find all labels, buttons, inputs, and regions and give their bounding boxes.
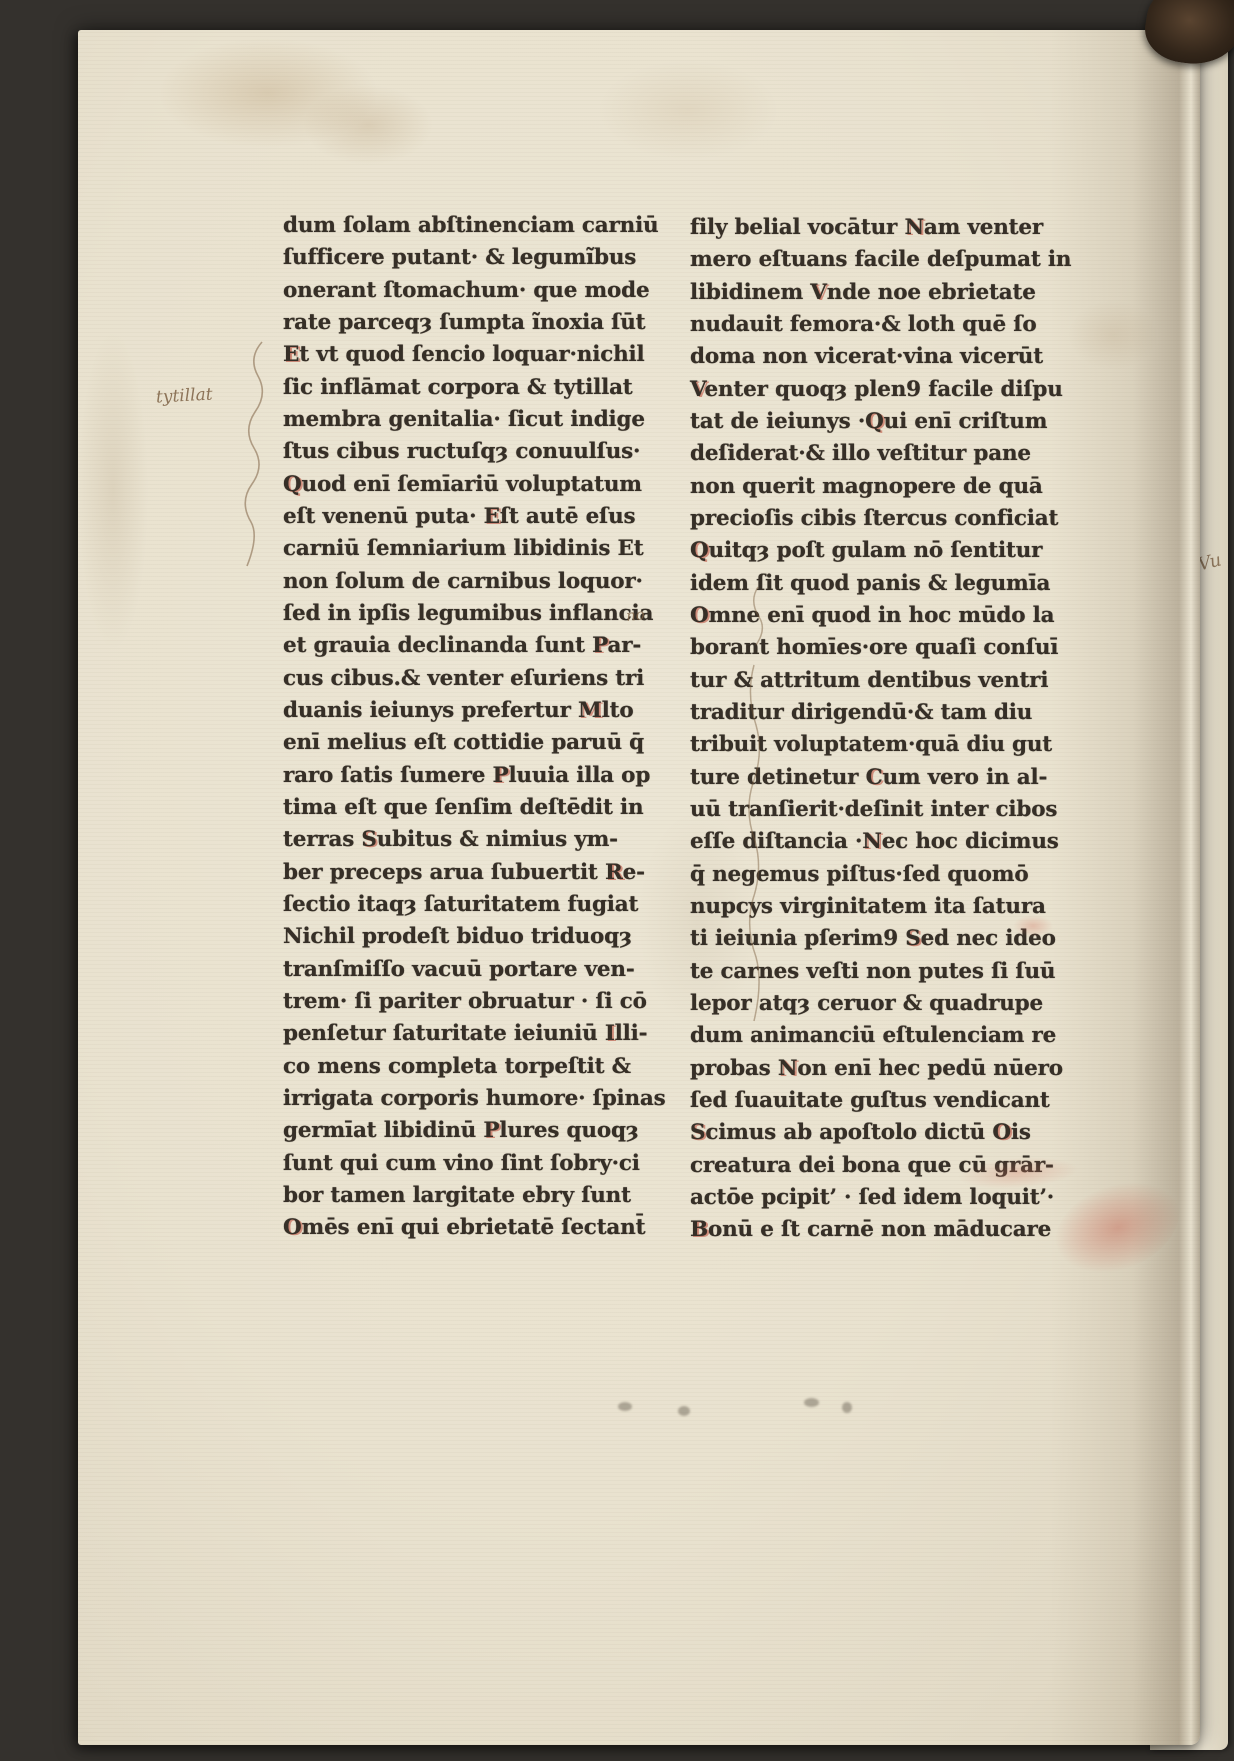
text-line: precioſis cibis ſtercus conficiat bbox=[690, 503, 1072, 535]
ink-smudge bbox=[842, 1402, 852, 1413]
photograph-background: Vu dum ſolam abſtinenciam carniūſufficer… bbox=[0, 0, 1234, 1761]
text-line: doma non vicerat·vina vicerūt bbox=[690, 341, 1072, 373]
text-line: Scimus ab apoſtolo dictū Ois bbox=[690, 1117, 1072, 1149]
text-line: dum animanciū eſtulenciam re bbox=[690, 1020, 1072, 1052]
rubricated-initial: P bbox=[592, 633, 607, 658]
text-line: nudauit femora·& loth quē ſo bbox=[690, 309, 1072, 341]
text-line: trem· ſi pariter obruatur · ſi cō bbox=[283, 986, 665, 1018]
text-line: eſt venenū puta· Eſt autē eſus bbox=[283, 501, 665, 533]
text-line: Quitqȝ poſt gulam nō ſentitur bbox=[690, 535, 1072, 567]
text-line: Venter quoqȝ plen9 facile diſpu bbox=[690, 374, 1072, 406]
text-line: fily belial vocātur Nam venter bbox=[690, 212, 1072, 244]
text-line: ſectio itaqȝ ſaturitatem fugiat bbox=[283, 889, 665, 921]
book-page: dum ſolam abſtinenciam carniūſufficere p… bbox=[78, 30, 1200, 1745]
text-line: tima eſt que ſenſim deſtēdit in bbox=[283, 792, 665, 824]
text-line: nupcys virginitatem ita ſatura bbox=[690, 891, 1072, 923]
text-line: germīat libidinū Plures quoqȝ bbox=[283, 1115, 665, 1147]
text-line: uū tranſierit·deſinit inter cibos bbox=[690, 794, 1072, 826]
foxing-stain bbox=[78, 330, 148, 650]
text-line: idem ſit quod panis & legumīa bbox=[690, 568, 1072, 600]
text-line: dum ſolam abſtinenciam carniū bbox=[283, 210, 665, 242]
text-line: ture detinetur Cum vero in al- bbox=[690, 762, 1072, 794]
text-line: traditur dirigendū·& tam diu bbox=[690, 697, 1072, 729]
text-line: deſiderat·& illo veſtitur pane bbox=[690, 438, 1072, 470]
text-line: enī melius eſt cottidie paruū q̄ bbox=[283, 727, 665, 759]
rubricated-initial: O bbox=[283, 1215, 302, 1240]
text-line: carniū ſemniarium libidinis Et bbox=[283, 533, 665, 565]
rubricated-initial: S bbox=[361, 827, 376, 852]
foxing-stain bbox=[598, 60, 778, 160]
rubricated-initial: V bbox=[810, 280, 826, 305]
ink-smudge bbox=[804, 1398, 819, 1407]
text-line: cus cibus.& venter eſuriens tri bbox=[283, 663, 665, 695]
text-line: Bonū e ſt carnē non māducare bbox=[690, 1214, 1072, 1246]
rubricated-initial: E bbox=[283, 342, 299, 367]
rubricated-initial: O bbox=[690, 603, 709, 628]
text-line: Omēs enī qui ebrietatē ſectant̄ bbox=[283, 1212, 665, 1244]
page-curl-shadow bbox=[1050, 30, 1200, 1745]
rubricated-initial: R bbox=[605, 860, 623, 885]
rubricated-initial: N bbox=[904, 215, 923, 240]
rubricated-initial: C bbox=[866, 765, 883, 790]
text-line: ſed in ipſis legumibus inflancia bbox=[283, 598, 665, 630]
text-column-right: fily belial vocātur Nam ventermero eſtua… bbox=[690, 212, 1072, 1247]
text-line: non ſolum de carnibus loquor· bbox=[283, 566, 665, 598]
text-column-left: dum ſolam abſtinenciam carniūſufficere p… bbox=[283, 210, 665, 1245]
text-line: ſunt qui cum vino ſint ſobry·ci bbox=[283, 1148, 665, 1180]
text-line: raro ſatis ſumere Pluuia illa op bbox=[283, 760, 665, 792]
rubricated-initial: S bbox=[690, 1120, 705, 1145]
rubricated-initial: M bbox=[578, 698, 602, 723]
text-line: penſetur ſaturitate ieiuniū Illi- bbox=[283, 1018, 665, 1050]
text-line: Et vt quod ſencio loquar·nichil bbox=[283, 339, 665, 371]
text-line: ſic inflāmat corpora & tytillat bbox=[283, 372, 665, 404]
rubricated-initial: P bbox=[483, 1118, 499, 1143]
rubricated-initial: I bbox=[605, 1021, 615, 1046]
rubricated-initial: N bbox=[862, 829, 881, 854]
text-line: bor tamen largitate ebry ſunt bbox=[283, 1180, 665, 1212]
rubricated-initial: Q bbox=[865, 409, 884, 434]
text-line: non querit magnopere de quā bbox=[690, 471, 1072, 503]
rubricated-initial: Q bbox=[283, 472, 302, 497]
rubricated-initial: V bbox=[690, 377, 705, 402]
rubricated-initial: O bbox=[992, 1120, 1011, 1145]
text-line: q̄ negemus piſtus·ſed quomō bbox=[690, 859, 1072, 891]
text-line: rate parceqȝ ſumpta ĩnoxia ſūt bbox=[283, 307, 665, 339]
text-line: tranſmiſſo vacuū portare ven- bbox=[283, 954, 665, 986]
text-line: co mens completa torpeſtit & bbox=[283, 1051, 665, 1083]
text-line: tat de ieiunys ·Qui enī criſtum bbox=[690, 406, 1072, 438]
marginal-bracket-squiggle bbox=[236, 340, 276, 570]
text-line: Nichil prodeſt biduo triduoqȝ bbox=[283, 921, 665, 953]
text-line: ber preceps arua ſubuertit Re- bbox=[283, 857, 665, 889]
text-line: te carnes veſti non putes ſi ſuū bbox=[690, 956, 1072, 988]
rubricated-initial: S bbox=[905, 926, 920, 951]
marginal-note-tytillat: tytillat bbox=[156, 385, 214, 408]
text-line: probas Non enī hec pedū nūero bbox=[690, 1053, 1072, 1085]
rubricated-initial: P bbox=[492, 763, 508, 788]
foxing-stain bbox=[158, 38, 378, 148]
ink-smudge bbox=[618, 1402, 632, 1411]
text-line: ti ieiunia pſerim9 Sed nec ideo bbox=[690, 923, 1072, 955]
text-line: creatura dei bona que cū grār- bbox=[690, 1150, 1072, 1182]
rubricated-initial: E bbox=[484, 504, 500, 529]
text-line: actōe pcipit’ · ſed idem loquit’· bbox=[690, 1182, 1072, 1214]
text-line: borant homīes·ore quaſi conſuī bbox=[690, 632, 1072, 664]
text-line: libidinem Vnde noe ebrietate bbox=[690, 277, 1072, 309]
text-line: Omne enī quod in hoc mūdo la bbox=[690, 600, 1072, 632]
text-line: terras Subitus & nimius ym- bbox=[283, 824, 665, 856]
text-line: onerant ſtomachum· que mode bbox=[283, 275, 665, 307]
text-line: ſtus cibus ructuſqȝ conuulſus· bbox=[283, 436, 665, 468]
text-line: mero eſtuans facile deſpumat in bbox=[690, 244, 1072, 276]
text-line: irrigata corporis humore· ſpinas bbox=[283, 1083, 665, 1115]
text-line: membra genitalia· ſicut indige bbox=[283, 404, 665, 436]
foxing-stain bbox=[1068, 300, 1158, 370]
ink-smudge bbox=[678, 1406, 690, 1416]
rubricated-initial: Q bbox=[690, 538, 709, 563]
text-line: duanis ieiunys prefertur Mlto bbox=[283, 695, 665, 727]
text-line: tur & attritum dentibus ventri bbox=[690, 665, 1072, 697]
rubricated-initial: B bbox=[690, 1217, 708, 1242]
text-line: eſſe diſtancia ·Nec hoc dicimus bbox=[690, 826, 1072, 858]
text-line: et grauia declinanda ſunt Par- bbox=[283, 630, 665, 662]
text-line: tribuit voluptatem·quā diu gut bbox=[690, 729, 1072, 761]
rubricated-initial: N bbox=[778, 1056, 797, 1081]
foxing-stain bbox=[303, 85, 433, 165]
text-line: lepor atqȝ ceruor & quadrupe bbox=[690, 988, 1072, 1020]
text-line: ſufficere putant· & legumĩbus bbox=[283, 242, 665, 274]
text-line: Quod enī ſemīariū voluptatum bbox=[283, 469, 665, 501]
text-line: ſed ſuauitate guſtus vendicant bbox=[690, 1085, 1072, 1117]
